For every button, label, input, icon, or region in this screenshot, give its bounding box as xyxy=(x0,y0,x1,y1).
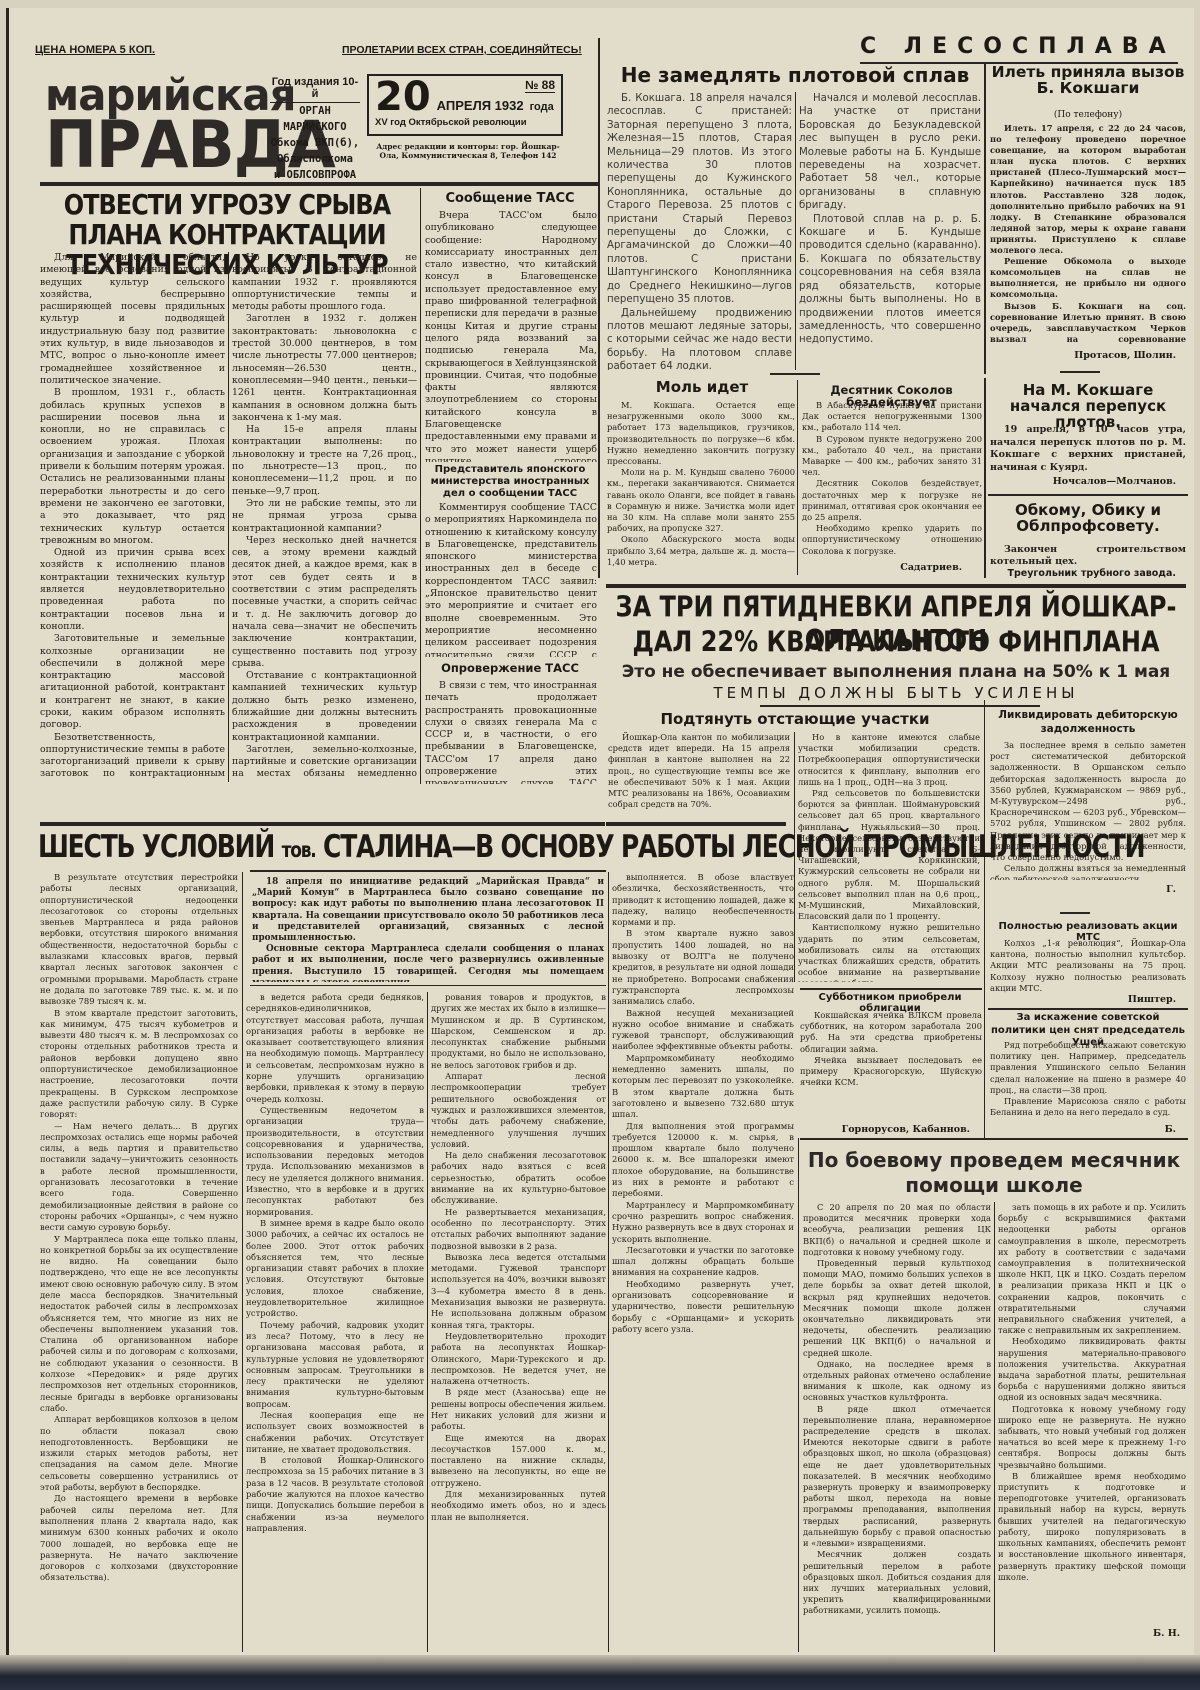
paragraph: Неудовлетворительно проходит работа на л… xyxy=(431,1331,606,1387)
paragraph: На дело снабжения лесозаготовок рабочих … xyxy=(431,1150,606,1206)
paragraph: Безответственность, оппортунистические т… xyxy=(40,732,225,782)
article-contract-col1: Для Марийской области, имеющей все основ… xyxy=(40,252,225,782)
article-ilet-body: Илеть. 17 апреля, с 22 до 24 часов, по т… xyxy=(990,123,1186,345)
paragraph: Основные сектора Мартранлеса сделали соо… xyxy=(252,944,604,982)
paragraph: Правление Марисоюза сняло с работы Белан… xyxy=(990,1096,1186,1118)
divider xyxy=(1060,912,1090,914)
headline-tass-denial: Опровержение ТАСС xyxy=(424,662,596,674)
paragraph: Плотовой сплав на р. р. Б. Кокшаге и Б. … xyxy=(799,213,981,347)
slogan: ПРОЛЕТАРИИ ВСЕХ СТРАН, СОЕДИНЯЙТЕСЬ! xyxy=(342,44,582,56)
paragraph: Закончен строительством котельный цех. xyxy=(990,544,1186,568)
paragraph: Вчера ТАСС'ом было опубликовано следующе… xyxy=(425,210,597,462)
paragraph: Лесная кооперация еще не использует свои… xyxy=(246,1410,424,1455)
signature-debt: Г. xyxy=(990,884,1176,895)
paragraph: Моли на р. М. Кундыш свалено 76000 км., … xyxy=(607,467,795,534)
paragraph: Около Абаскурского моста воды прибыло 3,… xyxy=(607,534,795,568)
paragraph: В Суровом пункте недогружено 200 км., ра… xyxy=(802,434,982,479)
paragraph: — Нам нечего делать... В других леспромх… xyxy=(40,1121,238,1234)
subhead-finplan: Это не обеспечивает выполнения плана на … xyxy=(604,662,1188,682)
headline-stalin: ШЕСТЬ УСЛОВИЙ тов. СТАЛИНА—В ОСНОВУ РАБО… xyxy=(38,828,788,864)
paragraph: Одной из причин срыва всех хозяйств к ис… xyxy=(40,547,225,633)
article-stalin-col3: рования товаров и продуктов, в других же… xyxy=(431,992,606,1652)
signature-mkokshaga: Ночсалов—Молчанов. xyxy=(990,476,1176,487)
paragraph: В Абаскурском пункте на пристани Дак ост… xyxy=(802,400,982,434)
paragraph: 18 апреля по инициативе редакций „Марийс… xyxy=(252,877,604,944)
paragraph: Необходимо ликвидировать факты нарушения… xyxy=(998,1336,1186,1403)
signature-obkom: Треугольник трубного завода. xyxy=(990,568,1176,579)
article-obkom-body: Закончен строительством котельный цех. xyxy=(990,544,1186,568)
paragraph: В зимнее время в кадре было около 3000 р… xyxy=(246,1218,424,1320)
headline-school-1: По боевому проведем месячник xyxy=(800,1148,1188,1173)
divider xyxy=(606,584,1186,588)
article-japan-statement: Комментируя сообщение ТАСС о мероприятия… xyxy=(425,502,597,657)
article-school-col1: С 20 апреля по 20 мая по области проводи… xyxy=(803,1202,991,1652)
revolution-year: XV год Октябрьской революции xyxy=(375,117,555,128)
paragraph: Кантисполкому нужно решительно ударить п… xyxy=(798,922,980,982)
column-rule xyxy=(228,252,229,782)
organ-line: ОРГАН xyxy=(270,103,360,119)
column-rule xyxy=(798,1138,799,1652)
headline-tass-message: Сообщение ТАСС xyxy=(424,192,596,206)
column-rule xyxy=(242,872,243,1652)
column-rule xyxy=(994,1202,995,1652)
organ-lines: ОРГАНМАРИЙСКОГООбкома ВКП(б),Облисполком… xyxy=(270,103,360,183)
divider xyxy=(40,182,598,186)
paragraph: Почему рабочий, кадровик уходит из леса?… xyxy=(246,1320,424,1410)
paragraph: Десятник Соколов бездействует, достаточн… xyxy=(802,478,982,523)
article-mts-body: Колхоз „1-я революция“, Йошкар-Ола канто… xyxy=(990,938,1186,994)
headline-rafting: Не замедлять плотовой сплав xyxy=(610,65,980,86)
intro-box: 18 апреля по инициативе редакций „Марийс… xyxy=(250,870,606,986)
paragraph: Однако, на последнее время в отдельных р… xyxy=(803,1359,991,1404)
divider xyxy=(40,822,605,826)
article-tass-denial: В связи с тем, что иностранная печать пр… xyxy=(425,680,597,784)
paragraph: М. Кокшага. Остается еще незагруженными … xyxy=(607,400,795,467)
organ-block: Год издания 10-й ОРГАНМАРИЙСКОГООбкома В… xyxy=(270,76,360,183)
article-stalin-col2: в ведется работа среди бедняков, середня… xyxy=(246,992,424,1652)
article-lagging-col1: Йошкар-Ола кантон по мобилизации средств… xyxy=(608,732,790,812)
paragraph: У Мартранлеса пока еще только планы, но … xyxy=(40,1234,238,1415)
paragraph: Заготовительные и земельные колхозные ор… xyxy=(40,633,225,731)
organ-line: Обкома ВКП(б), xyxy=(270,135,360,151)
paragraph: Но уроки остались не восприняты. В контр… xyxy=(232,252,417,313)
paragraph: Но в кантоне имеются слабые участки моби… xyxy=(798,732,980,788)
divider xyxy=(988,494,1188,496)
paragraph: зать помощь в их работе и пр. Усилить бо… xyxy=(998,1202,1186,1336)
paragraph: 19 апреля, в 10 часов утра, начался пере… xyxy=(990,424,1186,474)
page-bottom-edge xyxy=(0,1655,1200,1690)
paragraph: Решение Обкомола о выходе комсомольцев н… xyxy=(990,256,1186,300)
headline-ilet: Илеть приняла вызов Б. Кокшаги xyxy=(988,64,1188,97)
column-rule xyxy=(984,378,986,578)
paragraph: До настоящего времени в вербовке рабочей… xyxy=(40,1493,238,1583)
signature-mts: Пиштер. xyxy=(990,994,1176,1005)
paragraph: Важной несущей механизацией нужно особое… xyxy=(612,1008,794,1053)
paragraph: В ряде мест (Азаносьва) еще не решены во… xyxy=(431,1387,606,1432)
intro-box-text: 18 апреля по инициативе редакций „Марийс… xyxy=(250,872,606,982)
article-mol-body: М. Кокшага. Остается еще незагруженными … xyxy=(607,400,795,576)
paragraph: Необходимо развернуть учет, организовать… xyxy=(612,1279,794,1335)
article-rafting-col2: Начался и молевой лесосплав. На участке … xyxy=(799,92,981,370)
signature-bonds: Горнорусов, Кабаннов. xyxy=(800,1124,970,1135)
article-rafting-col1: Б. Кокшага. 18 апреля начался лесосплав.… xyxy=(607,92,792,370)
divider xyxy=(760,705,1040,707)
paragraph: Заготлен, земельно-колхозные, партийные … xyxy=(232,744,417,782)
paragraph: Ячейка вызывает последовать ее примеру К… xyxy=(800,1055,982,1089)
article-stalin-col4: выполняется. В обозе властвует обезличка… xyxy=(612,872,794,1652)
divider xyxy=(606,822,786,826)
paragraph: выполняется. В обозе властвует обезличка… xyxy=(612,872,794,928)
article-bonds-body: Кокшайская ячейка ВЛКСМ провела субботни… xyxy=(800,1010,982,1118)
paragraph: Аппарат лесной леспромкооперации требует… xyxy=(431,1071,606,1150)
headline-finplan-2: ДАЛ 22% КВАРТАЛЬНОГО ФИНПЛАНА xyxy=(604,625,1188,659)
headline-school-2: помощи школе xyxy=(800,1173,1188,1198)
paragraph: Заготлен в 1932 г. должен законтрактоват… xyxy=(232,313,417,424)
paragraph: Не развертывается механизация, особенно … xyxy=(431,1207,606,1252)
paragraph: Аппарат вербовщиков колхозов в целом по … xyxy=(40,1414,238,1493)
column-rule xyxy=(420,188,421,784)
paragraph: Марпромкомбинату необходимо немедленно з… xyxy=(612,1053,794,1121)
paragraph: Лесзаготовки и участки по заготовке шпал… xyxy=(612,1245,794,1279)
signature-ushi: Б. xyxy=(990,1124,1176,1135)
column-rule xyxy=(984,64,986,374)
column-rule xyxy=(984,700,985,1140)
column-rule xyxy=(608,872,609,1652)
paragraph: Для механизированных путей необходимо им… xyxy=(431,1489,606,1523)
divider xyxy=(800,1138,1188,1140)
paragraph: Кокшайская ячейка ВЛКСМ провела субботни… xyxy=(800,1010,982,1055)
column-rule xyxy=(427,992,428,1652)
paragraph: В этом квартале предстоит заготовить, ка… xyxy=(40,1008,238,1121)
organ-line: МАРИЙСКОГО xyxy=(270,119,360,135)
signature-ilet: Протасов, Шолин. xyxy=(990,350,1176,361)
divider xyxy=(770,373,820,375)
paragraph: Комментируя сообщение ТАСС о мероприятия… xyxy=(425,502,597,657)
paragraph: Начался и молевой лесосплав. На участке … xyxy=(799,92,981,213)
headline-lagging: Подтянуть отстающие участки xyxy=(610,710,980,728)
article-mkokshaga-body: 19 апреля, в 10 часов утра, начался пере… xyxy=(990,424,1186,474)
paragraph: Проведенный первый культпоход помощи МАО… xyxy=(803,1258,991,1359)
headline-stalin-part1: ШЕСТЬ УСЛОВИЙ xyxy=(38,828,274,864)
paragraph: Для Марийской области, имеющей все основ… xyxy=(40,252,225,387)
paragraph: Это ли не рабские темпы, это ли не пряма… xyxy=(232,498,417,535)
paragraph: В столовой Йошкар-Олинского леспромхоза … xyxy=(246,1455,424,1534)
paragraph: Через несколько дней начнется сев, а это… xyxy=(232,535,417,670)
headline-japan-statement: Представитель японского министерства ино… xyxy=(424,464,596,500)
column-rule xyxy=(795,92,796,370)
paragraph: Еще имеются на дворах лесоучастков 157.0… xyxy=(431,1433,606,1489)
column-rule xyxy=(797,380,798,575)
paragraph: В этом квартале нужно завоз пропустить 1… xyxy=(612,928,794,1007)
paragraph: Мартранлесу и Марпромкомбинату срочно ра… xyxy=(612,1200,794,1245)
paragraph: Вызов Б. Кокшаги на соц. соревнование Ил… xyxy=(990,301,1186,346)
paragraph: Месячник должен создать решительный пере… xyxy=(803,1549,991,1616)
headline-obkom: Обкому, Обику и Облпрофсовету. xyxy=(988,503,1188,535)
paragraph: Отставание с контрактационной кампанией … xyxy=(232,670,417,744)
article-contract-col2: Но уроки остались не восприняты. В контр… xyxy=(232,252,417,782)
divider xyxy=(1060,371,1100,373)
article-tass-message: Вчера ТАСС'ом было опубликовано следующе… xyxy=(425,210,597,462)
paragraph: Для выполнения этой программы требуется … xyxy=(612,1121,794,1200)
paragraph: Необходимо крепко ударить по оппортунист… xyxy=(802,523,982,557)
signature-school: Б. Н. xyxy=(998,1628,1180,1639)
price-label: ЦЕНА НОМЕРА 5 КОП. xyxy=(35,44,155,56)
paragraph: Йошкар-Ола кантон по мобилизации средств… xyxy=(608,732,790,810)
article-school-col2: зать помощь в их работе и пр. Усилить бо… xyxy=(998,1202,1186,1622)
paragraph: В ближайшее время необходимо приступить … xyxy=(998,1471,1186,1583)
year-of-issue: Год издания 10-й xyxy=(270,76,360,103)
paragraph: В прошлом, 1931 г., область добилась кру… xyxy=(40,387,225,547)
article-sokolov-body: В Абаскурском пункте на пристани Дак ост… xyxy=(802,400,982,562)
date-day: 20 xyxy=(375,78,431,116)
address: Адрес редакции и конторы: гор. Йошкар-Ол… xyxy=(370,142,566,160)
issue-number: № 88 xyxy=(525,78,555,93)
date-month-year: АПРЕЛЯ 1932 xyxy=(437,98,524,113)
paragraph: В результате отсутствия перестройки рабо… xyxy=(40,872,238,1008)
headline-stalin-part3: СТАЛИНА—В ОСНОВУ РАБОТЫ ЛЕСНОЙ ПРОМЫШЛЕН… xyxy=(323,828,1144,864)
paragraph: Дальнейшему продвижению плотов мешают ле… xyxy=(607,307,792,371)
divider xyxy=(988,1008,1188,1010)
organ-line: и ОБЛСОВПРОФА xyxy=(270,167,360,183)
paragraph: Колхоз „1-я революция“, Йошкар-Ола канто… xyxy=(990,938,1186,994)
column-rule xyxy=(598,38,600,578)
paragraph: С 20 апреля по 20 мая по области проводи… xyxy=(803,1202,991,1258)
date-box: 20 АПРЕЛЯ 1932 года № 88 XV год Октябрьс… xyxy=(367,74,563,136)
paragraph: Сельпо должны взяться за немедленный сбо… xyxy=(990,863,1186,880)
byline-ilet: (По телефону) xyxy=(988,110,1188,120)
article-ushi-body: Ряд потребобществ искажают советскую пол… xyxy=(990,1040,1186,1130)
paragraph: В связи с тем, что иностранная печать пр… xyxy=(425,680,597,784)
headline-debt: Ликвидировать дебиторскую задолженность xyxy=(988,708,1188,736)
headline-mol: Моль идет xyxy=(607,380,797,396)
section-rubric: С ЛЕСОСПЛАВА xyxy=(860,34,1176,59)
organ-line: Облисполкома xyxy=(270,151,360,167)
subhead-finplan-2: ТЕМПЫ ДОЛЖНЫ БЫТЬ УСИЛЕНЫ xyxy=(604,684,1188,702)
paragraph: В ряде школ отмечается перевыполнение пл… xyxy=(803,1404,991,1550)
paragraph: На 15-е апреля планы контрактации выполн… xyxy=(232,424,417,498)
article-stalin-col1: В результате отсутствия перестройки рабо… xyxy=(40,872,238,1652)
signature-sokolov: Садатриев. xyxy=(802,562,962,573)
paragraph: Илеть. 17 апреля, с 22 до 24 часов, по т… xyxy=(990,123,1186,256)
paragraph: Ряд потребобществ искажают советскую пол… xyxy=(990,1040,1186,1096)
divider xyxy=(800,988,982,990)
paragraph: в ведется работа среди бедняков, середня… xyxy=(246,992,424,1105)
paragraph: Б. Кокшага. 18 апреля начался лесосплав.… xyxy=(607,92,792,307)
paragraph: рования товаров и продуктов, в других же… xyxy=(431,992,606,1071)
paragraph: Подготовка к новому учебному году широко… xyxy=(998,1404,1186,1471)
date-suffix: года xyxy=(530,101,554,113)
paragraph: Вывозка леса ведется отсталыми методами.… xyxy=(431,1252,606,1331)
paragraph: Существенным недочетом в организации тру… xyxy=(246,1105,424,1218)
headline-stalin-part2: тов. xyxy=(282,838,316,863)
